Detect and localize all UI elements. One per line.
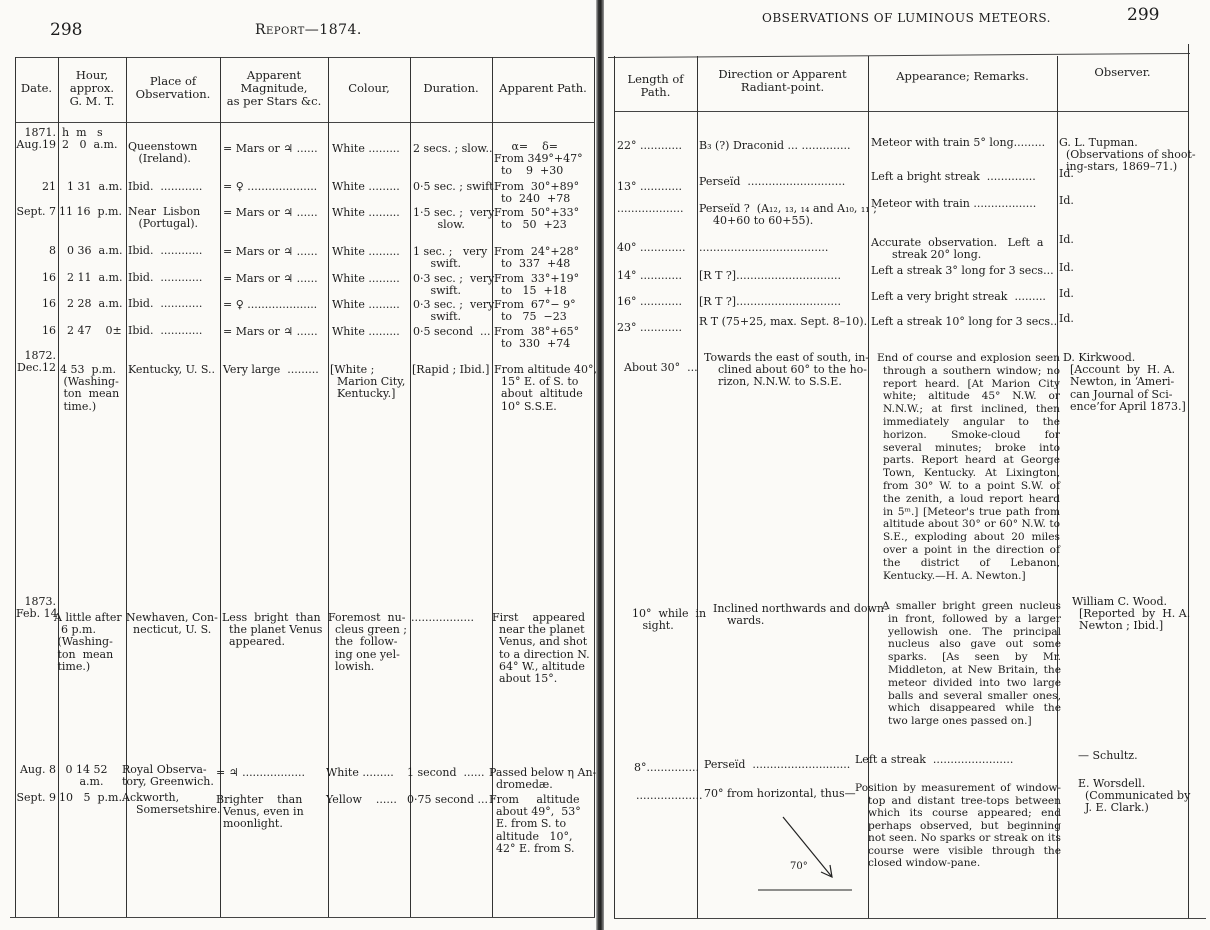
header-direction: Direction or Apparent Radiant-point. xyxy=(697,68,868,94)
angle-label: 70° xyxy=(790,861,808,872)
right-running-head: OBSERVATIONS OF LUMINOUS METEORS. xyxy=(762,11,1051,25)
header-apparent-path: Apparent Path. xyxy=(492,82,594,95)
header-duration: Duration. xyxy=(410,82,492,95)
header-length: Length of Path. xyxy=(614,73,697,99)
header-hour: Hour, approx. G. M. T. xyxy=(58,69,126,108)
header-appearance: Appearance; Remarks. xyxy=(868,70,1057,83)
left-page-number: 298 xyxy=(50,20,82,40)
left-running-head: Report—1874. xyxy=(255,22,362,38)
right-page-number: 299 xyxy=(1127,5,1159,25)
arrow-icon xyxy=(750,810,870,900)
header-place: Place of Observation. xyxy=(126,75,220,101)
header-colour: Colour, xyxy=(328,82,410,95)
book-gutter xyxy=(596,0,604,930)
header-observer: Observer. xyxy=(1057,66,1188,79)
header-date: Date. xyxy=(15,82,58,95)
header-magnitude: Apparent Magnitude, as per Stars &c. xyxy=(220,69,328,108)
